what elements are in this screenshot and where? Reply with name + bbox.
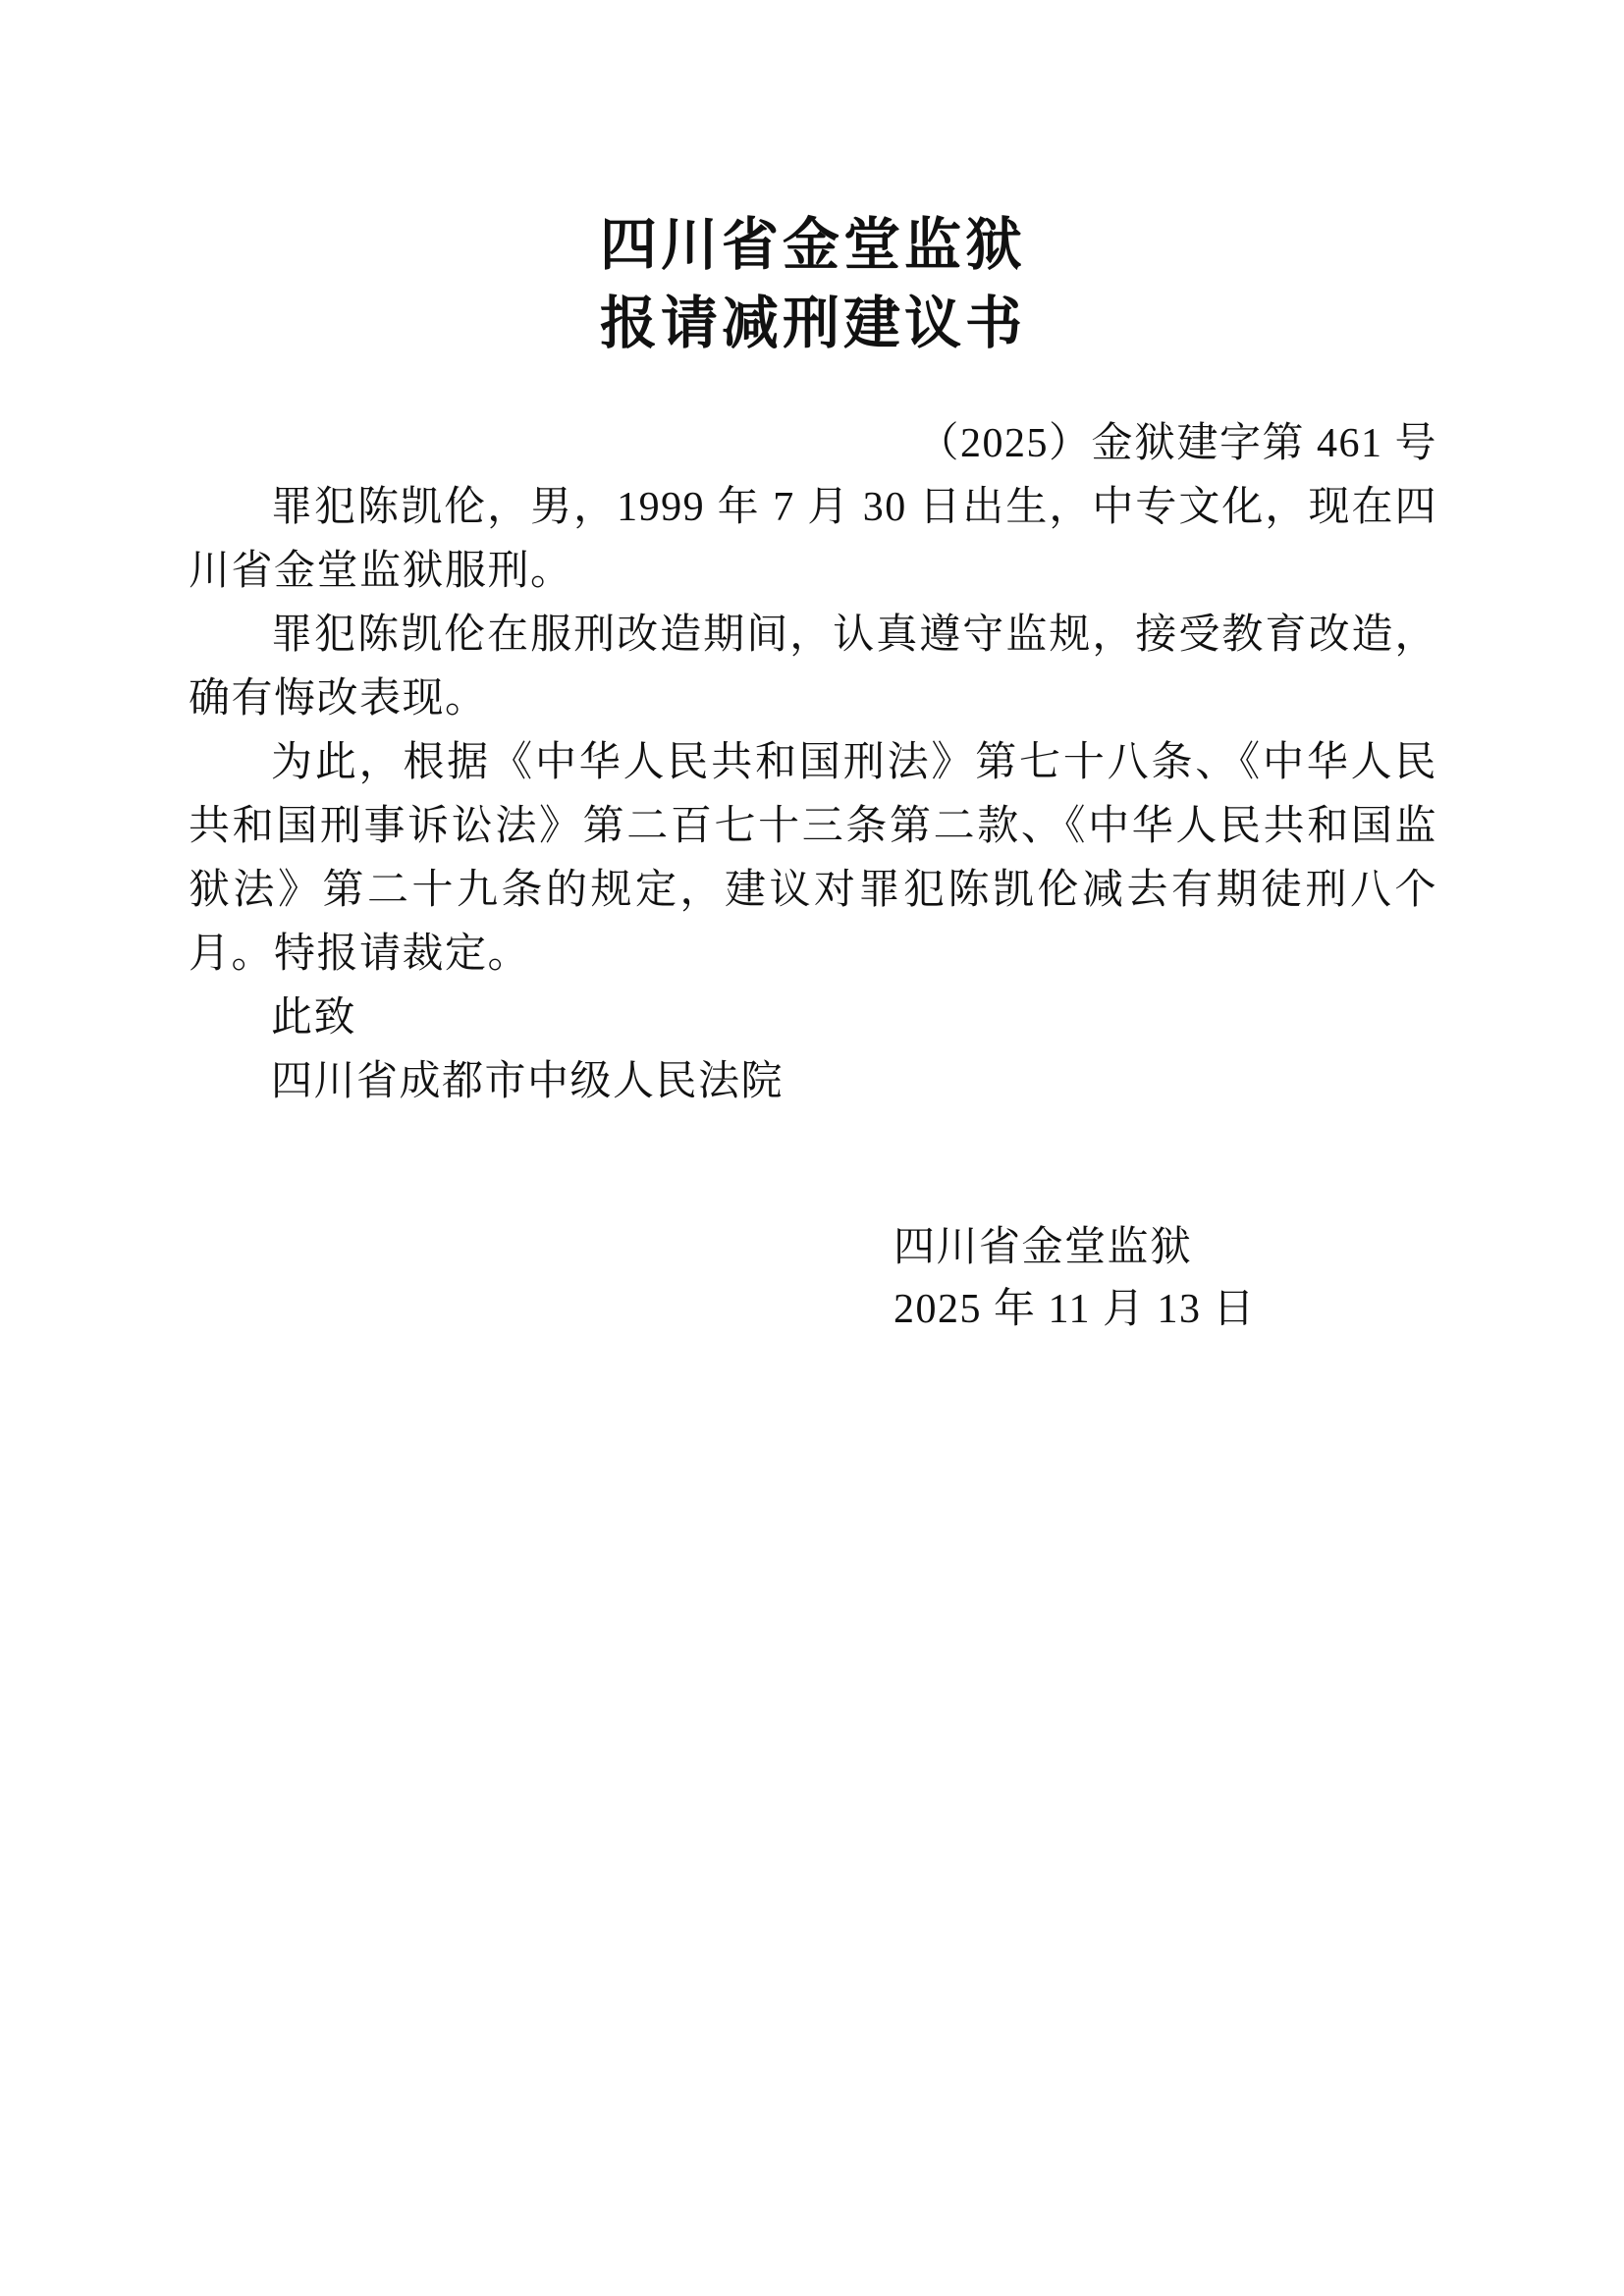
signature-date: 2025 年 11 月 13 日 (893, 1279, 1437, 1341)
title-line-2: 报请减刑建议书 (189, 285, 1437, 363)
paragraph-conduct: 罪犯陈凯伦在服刑改造期间，认真遵守监规，接受教育改造，确有悔改表现。 (189, 604, 1437, 731)
paragraph-offender-info: 罪犯陈凯伦，男，1999 年 7 月 30 日出生，中专文化，现在四川省金堂监狱… (189, 476, 1437, 604)
document-title: 四川省金堂监狱 报请减刑建议书 (189, 206, 1437, 363)
document-page: 四川省金堂监狱 报请减刑建议书 （2025）金狱建字第 461 号 罪犯陈凯伦，… (0, 0, 1624, 2296)
document-number: （2025）金狱建字第 461 号 (189, 412, 1437, 476)
signature-org: 四川省金堂监狱 (893, 1217, 1437, 1279)
closing-salutation: 此致 (189, 987, 1437, 1050)
paragraph-recommendation: 为此，根据《中华人民共和国刑法》第七十八条、《中华人民共和国刑事诉讼法》第二百七… (189, 731, 1437, 987)
signature-block: 四川省金堂监狱 2025 年 11 月 13 日 (893, 1217, 1437, 1341)
document-body: 罪犯陈凯伦，男，1999 年 7 月 30 日出生，中专文化，现在四川省金堂监狱… (189, 476, 1437, 1114)
addressee-court: 四川省成都市中级人民法院 (189, 1050, 1437, 1114)
title-line-1: 四川省金堂监狱 (189, 206, 1437, 285)
